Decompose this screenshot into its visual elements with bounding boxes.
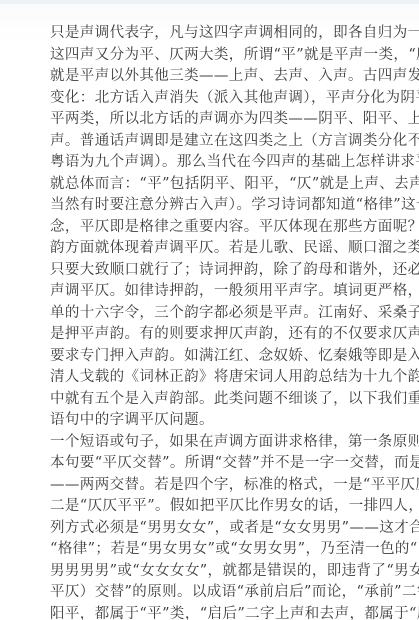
text-line: 粤语为九个声调）。那么当代在今四声的基础上怎样讲求平仄？ (50, 152, 380, 174)
text-line: 这四声又分为平、仄两大类，所谓“平”就是平声一类，“仄” (50, 45, 380, 67)
text-line: 声。普通话声调即是建立在这四类之上（方言调类分化不等，如 (50, 131, 380, 153)
text-line: 阳平，都属于“平”类，“启后”二字上声和去声，都属于“仄 (50, 604, 380, 620)
text-line: 平仄）交替”的原则。以成语“承前启后”而论，“承前”二字 (50, 582, 380, 604)
text-line: 中就有五个是入声韵部。此类问题不细谈了，以下我们重点谈谈 (50, 389, 380, 411)
text-line: 列方式必须是“男男女女”，或者是“女女男男”——这才合乎 (50, 518, 380, 540)
text-line: 就总体而言：“平”包括阴平、阳平，“仄”就是上声、去声（ (50, 174, 380, 196)
text-line: 当然有时要注意分辨古入声）。学习诗词都知道“格律”这一概 (50, 195, 380, 217)
text-line: 韵方面就体现着声调平仄。若是儿歌、民谣、顺口溜之类押韵， (50, 238, 380, 260)
text-line: 平两类，所以北方话的声调亦为四类——阴平、阳平、上声、去 (50, 109, 380, 131)
text-line: 一个短语或句子，如果在声调方面讲求格律，第一条原则就是， (50, 432, 380, 454)
text-line: 只是声调代表字，凡与这四字声调相同的，即各自归为一类）。 (50, 23, 380, 45)
text-line: “格律”；若是“男女男女”或“女男女男”，乃至清一色的“ (50, 539, 380, 561)
text-line: 只要大致顺口就行了；诗词押韵，除了韵母和谐外，还必须讲求 (50, 260, 380, 282)
text-line: 就是平声以外其他三类——上声、去声、入声。古四声发展出现 (50, 66, 380, 88)
text-line: ——两两交替。若是四个字，标准的格式，一是“平平仄仄”， (50, 475, 380, 497)
text-line: 声调平仄。如律诗押韵，一般须用平声字。填词更严格，如最简 (50, 281, 380, 303)
text-line: 语句中的字调平仄问题。 (50, 410, 380, 432)
text-line: 单的十六字令，三个韵字都必须是平声。江南好、采桑子等也都 (50, 303, 380, 325)
text-line: 二是“仄仄平平”。假如把平仄比作男女的话，一排四人，其排 (50, 496, 380, 518)
document-text-body: 只是声调代表字，凡与这四字声调相同的，即各自归为一类）。这四声又分为平、仄两大类… (50, 23, 380, 620)
text-line: 本句要“平仄交替”。所谓“交替”并不是一字一交替，而是 (50, 453, 380, 475)
text-line: 清人戈载的《词林正韵》将唐宋词人用韵总结为十九个韵部，其 (50, 367, 380, 389)
text-line: 变化：北方话入声消失（派入其他声调），平声分化为阴平、阳 (50, 88, 380, 110)
text-line: 男男男男”或“女女女女”，就都是错误的，即违背了“男女（ (50, 561, 380, 583)
text-line: 要求专门押入声韵。如满江红、念奴娇、忆秦娥等即是入声韵。 (50, 346, 380, 368)
text-line: 念，平仄即是格律之重要内容。平仄体现在那些方面呢？首先押 (50, 217, 380, 239)
document-page[interactable]: 只是声调代表字，凡与这四字声调相同的，即各自归为一类）。这四声又分为平、仄两大类… (0, 4, 419, 620)
text-line: 是押平声韵。有的则要求押仄声韵，还有的不仅要求仄声，而且 (50, 324, 380, 346)
